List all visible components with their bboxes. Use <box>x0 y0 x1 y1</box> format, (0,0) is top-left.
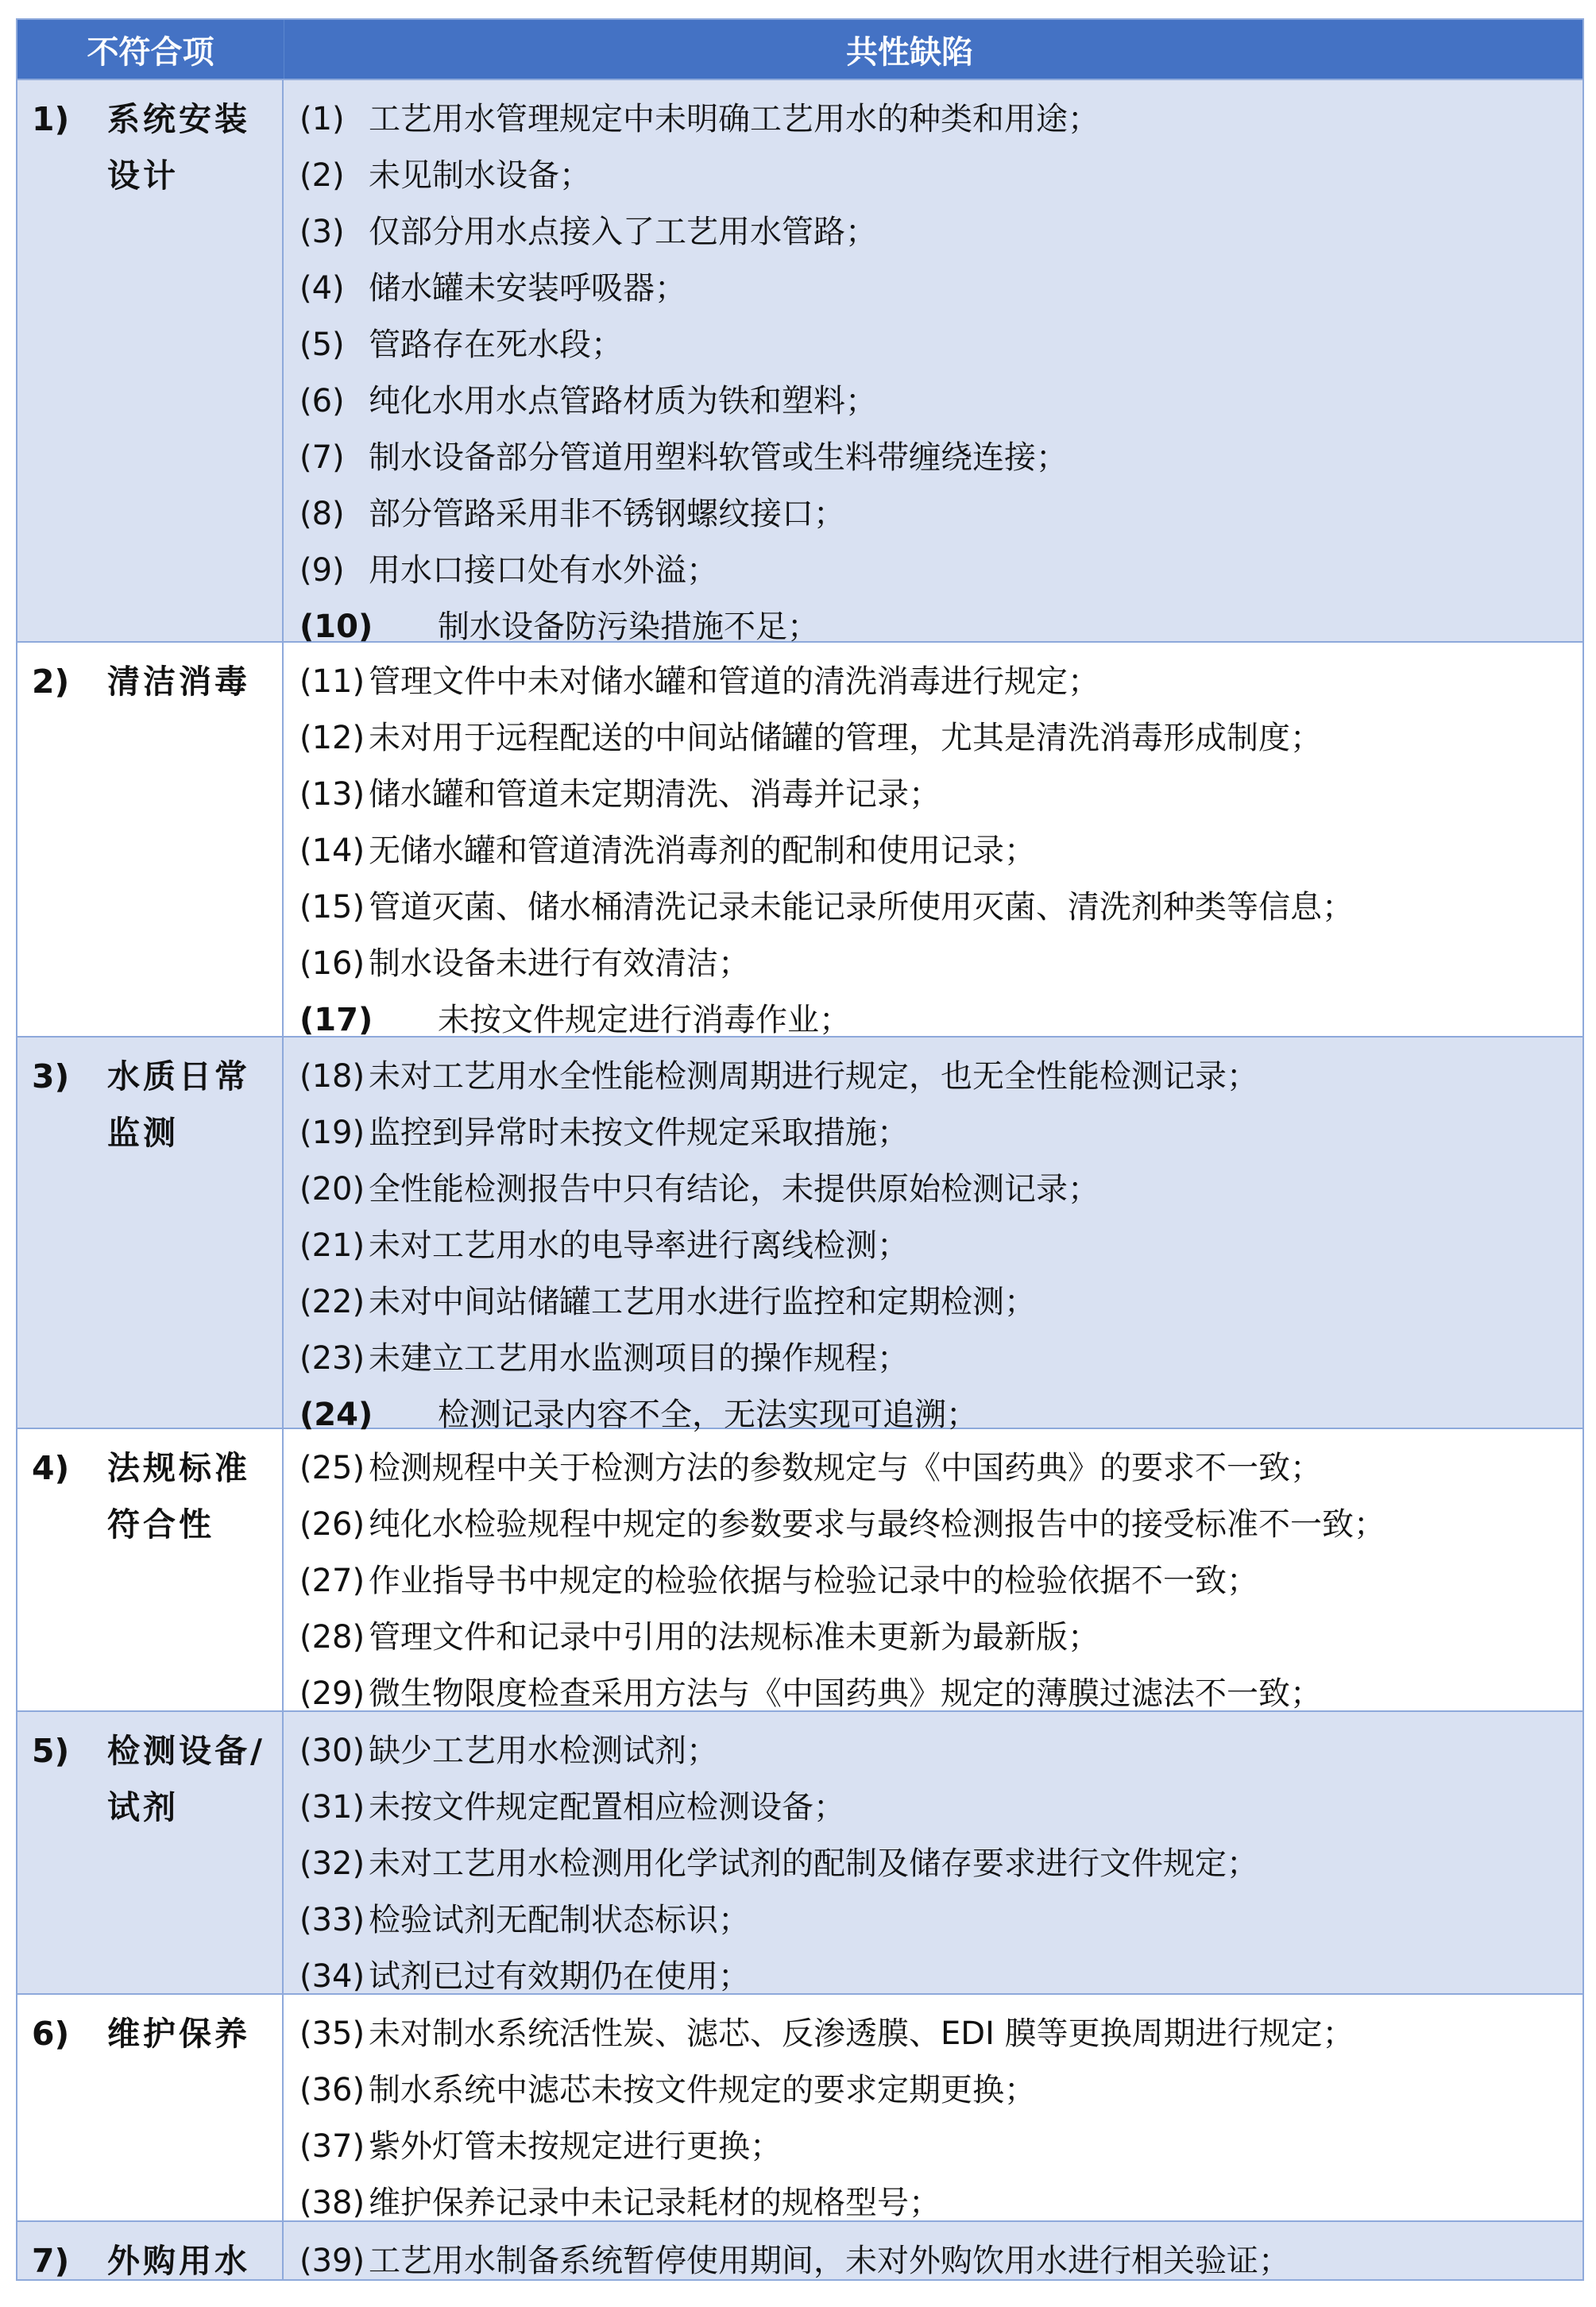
table-row: 6)维护保养(35)未对制水系统活性炭、滤芯、反渗透膜、EDI 膜等更换周期进行… <box>17 1995 1582 2222</box>
defect-text: 制水设备部分管道用塑料软管或生料带缠绕连接； <box>369 430 1068 486</box>
defect-index: (18) <box>299 1049 369 1105</box>
defect-text: 纯化水检验规程中规定的参数要求与最终检测报告中的接受标准不一致； <box>369 1497 1385 1553</box>
defect-index: (32) <box>299 1836 369 1892</box>
defect-item: (18)未对工艺用水全性能检测周期进行规定，也无全性能检测记录； <box>299 1049 1582 1105</box>
defect-text: 无储水罐和管道清洗消毒剂的配制和使用记录； <box>369 823 1036 879</box>
table-row: 4)法规标准符合性(25)检测规程中关于检测方法的参数规定与《中国药典》的要求不… <box>17 1429 1582 1712</box>
defects-cell: (39)工艺用水制备系统暂停使用期间，未对外购饮用水进行相关验证； <box>284 2222 1582 2279</box>
defect-index: (9) <box>299 543 369 599</box>
defect-text: 未对工艺用水全性能检测周期进行规定，也无全性能检测记录； <box>369 1049 1258 1105</box>
category-number: 3) <box>32 1049 107 1428</box>
defect-index: (5) <box>299 317 369 373</box>
category-cell: 2)清洁消毒 <box>17 643 284 1036</box>
category-cell: 4)法规标准符合性 <box>17 1429 284 1710</box>
defect-text: 纯化水用水点管路材质为铁和塑料； <box>369 373 877 430</box>
category-cell: 5)检测设备/试剂 <box>17 1712 284 1993</box>
defect-text: 全性能检测报告中只有结论，未提供原始检测记录； <box>369 1161 1099 1218</box>
table-row: 3)水质日常监测(18)未对工艺用水全性能检测周期进行规定，也无全性能检测记录；… <box>17 1038 1582 1429</box>
defect-item: (23)未建立工艺用水监测项目的操作规程； <box>299 1331 1582 1387</box>
defect-index: (8) <box>299 486 369 543</box>
defect-index: (36) <box>299 2062 369 2119</box>
defect-item: (14)无储水罐和管道清洗消毒剂的配制和使用记录； <box>299 823 1582 879</box>
table-header: 不符合项 共性缺陷 <box>17 20 1582 80</box>
defects-cell: (1)工艺用水管理规定中未明确工艺用水的种类和用途；(2)未见制水设备；(3)仅… <box>284 80 1582 641</box>
defect-text: 管路存在死水段； <box>369 317 623 373</box>
defect-index: (25) <box>299 1440 369 1497</box>
defects-cell: (25)检测规程中关于检测方法的参数规定与《中国药典》的要求不一致；(26)纯化… <box>284 1429 1582 1710</box>
defect-index: (4) <box>299 261 369 317</box>
category-number: 1) <box>32 91 107 641</box>
category-number: 4) <box>32 1440 107 1710</box>
defect-text: 检验试剂无配制状态标识； <box>369 1892 750 1949</box>
category-name: 外购用水 <box>107 2233 274 2279</box>
defect-text: 工艺用水管理规定中未明确工艺用水的种类和用途； <box>369 91 1099 148</box>
defect-item: (8)部分管路采用非不锈钢螺纹接口； <box>299 486 1582 543</box>
table-row: 7)外购用水(39)工艺用水制备系统暂停使用期间，未对外购饮用水进行相关验证； <box>17 2222 1582 2279</box>
category-number: 6) <box>32 2006 107 2220</box>
category-number: 5) <box>32 1723 107 1993</box>
defect-text: 未对制水系统活性炭、滤芯、反渗透膜、EDI 膜等更换周期进行规定； <box>369 2006 1354 2062</box>
defect-text: 部分管路采用非不锈钢螺纹接口； <box>369 486 845 543</box>
defect-index: (16) <box>299 936 369 992</box>
category-number: 7) <box>32 2233 107 2279</box>
defect-index: (20) <box>299 1161 369 1218</box>
defect-item: (3)仅部分用水点接入了工艺用水管路； <box>299 204 1582 261</box>
defect-text: 未对工艺用水检测用化学试剂的配制及储存要求进行文件规定； <box>369 1836 1258 1892</box>
defect-index: (7) <box>299 430 369 486</box>
defect-item: (19)监控到异常时未按文件规定采取措施； <box>299 1105 1582 1161</box>
defect-item: (5)管路存在死水段； <box>299 317 1582 373</box>
defect-item: (32)未对工艺用水检测用化学试剂的配制及储存要求进行文件规定； <box>299 1836 1582 1892</box>
defect-item: (31)未按文件规定配置相应检测设备； <box>299 1780 1582 1836</box>
defect-text: 缺少工艺用水检测试剂； <box>369 1723 718 1780</box>
defect-index: (6) <box>299 373 369 430</box>
defect-item: (25)检测规程中关于检测方法的参数规定与《中国药典》的要求不一致； <box>299 1440 1582 1497</box>
defect-index: (2) <box>299 148 369 204</box>
defect-text: 未建立工艺用水监测项目的操作规程； <box>369 1331 909 1387</box>
defect-item: (21)未对工艺用水的电导率进行离线检测； <box>299 1218 1582 1274</box>
defects-cell: (18)未对工艺用水全性能检测周期进行规定，也无全性能检测记录；(19)监控到异… <box>284 1038 1582 1428</box>
defect-index: (35) <box>299 2006 369 2062</box>
category-cell: 6)维护保养 <box>17 1995 284 2220</box>
defect-text: 用水口接口处有水外溢； <box>369 543 718 599</box>
defect-text: 管理文件和记录中引用的法规标准未更新为最新版； <box>369 1609 1099 1666</box>
defect-index: (23) <box>299 1331 369 1387</box>
defect-text: 制水设备未进行有效清洁； <box>369 936 750 992</box>
defect-index: (15) <box>299 879 369 936</box>
defect-index: (12) <box>299 710 369 767</box>
defect-text: 储水罐未安装呼吸器； <box>369 261 686 317</box>
defect-item: (30)缺少工艺用水检测试剂； <box>299 1723 1582 1780</box>
defect-item: (33)检验试剂无配制状态标识； <box>299 1892 1582 1949</box>
defect-text: 作业指导书中规定的检验依据与检验记录中的检验依据不一致； <box>369 1553 1258 1609</box>
defect-text: 未对用于远程配送的中间站储罐的管理，尤其是清洗消毒形成制度； <box>369 710 1322 767</box>
defect-item: (35)未对制水系统活性炭、滤芯、反渗透膜、EDI 膜等更换周期进行规定； <box>299 2006 1582 2062</box>
defect-text: 管道灭菌、储水桶清洗记录未能记录所使用灭菌、清洗剂种类等信息； <box>369 879 1354 936</box>
defect-item: (4)储水罐未安装呼吸器； <box>299 261 1582 317</box>
defect-index: (28) <box>299 1609 369 1666</box>
table-body: 1)系统安装设计(1)工艺用水管理规定中未明确工艺用水的种类和用途；(2)未见制… <box>17 80 1582 2279</box>
defect-text: 制水系统中滤芯未按文件规定的要求定期更换； <box>369 2062 1036 2119</box>
defect-text: 储水罐和管道未定期清洗、消毒并记录； <box>369 767 941 823</box>
category-name: 法规标准符合性 <box>107 1440 274 1710</box>
defect-text: 仅部分用水点接入了工艺用水管路； <box>369 204 877 261</box>
defect-item: (11)管理文件中未对储水罐和管道的清洗消毒进行规定； <box>299 654 1582 710</box>
defect-text: 未见制水设备； <box>369 148 591 204</box>
defect-index: (3) <box>299 204 369 261</box>
defect-item: (16)制水设备未进行有效清洁； <box>299 936 1582 992</box>
category-name: 水质日常监测 <box>107 1049 274 1428</box>
deficiency-table: 不符合项 共性缺陷 1)系统安装设计(1)工艺用水管理规定中未明确工艺用水的种类… <box>16 18 1584 2281</box>
category-name: 清洁消毒 <box>107 654 274 1036</box>
defect-item: (6)纯化水用水点管路材质为铁和塑料； <box>299 373 1582 430</box>
defect-index: (37) <box>299 2119 369 2175</box>
defect-item: (12)未对用于远程配送的中间站储罐的管理，尤其是清洗消毒形成制度； <box>299 710 1582 767</box>
defect-text: 工艺用水制备系统暂停使用期间，未对外购饮用水进行相关验证； <box>369 2233 1290 2290</box>
table-row: 5)检测设备/试剂(30)缺少工艺用水检测试剂；(31)未按文件规定配置相应检测… <box>17 1712 1582 1995</box>
defect-index: (1) <box>299 91 369 148</box>
category-cell: 1)系统安装设计 <box>17 80 284 641</box>
defect-text: 紫外灯管未按规定进行更换； <box>369 2119 782 2175</box>
defect-item: (20)全性能检测报告中只有结论，未提供原始检测记录； <box>299 1161 1582 1218</box>
defect-index: (14) <box>299 823 369 879</box>
defect-item: (36)制水系统中滤芯未按文件规定的要求定期更换； <box>299 2062 1582 2119</box>
defect-index: (27) <box>299 1553 369 1609</box>
defect-text: 未对工艺用水的电导率进行离线检测； <box>369 1218 909 1274</box>
defect-item: (1)工艺用水管理规定中未明确工艺用水的种类和用途； <box>299 91 1582 148</box>
defect-index: (26) <box>299 1497 369 1553</box>
defect-item: (39)工艺用水制备系统暂停使用期间，未对外购饮用水进行相关验证； <box>299 2233 1582 2290</box>
defect-index: (39) <box>299 2233 369 2290</box>
defect-text: 监控到异常时未按文件规定采取措施； <box>369 1105 909 1161</box>
defect-item: (27)作业指导书中规定的检验依据与检验记录中的检验依据不一致； <box>299 1553 1582 1609</box>
category-name: 检测设备/试剂 <box>107 1723 274 1993</box>
category-cell: 3)水质日常监测 <box>17 1038 284 1428</box>
defect-item: (9)用水口接口处有水外溢； <box>299 543 1582 599</box>
header-nonconformity: 不符合项 <box>17 20 284 79</box>
category-name: 维护保养 <box>107 2006 274 2220</box>
defects-cell: (35)未对制水系统活性炭、滤芯、反渗透膜、EDI 膜等更换周期进行规定；(36… <box>284 1995 1582 2220</box>
category-number: 2) <box>32 654 107 1036</box>
defect-item: (37)紫外灯管未按规定进行更换； <box>299 2119 1582 2175</box>
defect-item: (22)未对中间站储罐工艺用水进行监控和定期检测； <box>299 1274 1582 1331</box>
header-common-defects: 共性缺陷 <box>284 20 1582 79</box>
defect-index: (33) <box>299 1892 369 1949</box>
defect-index: (22) <box>299 1274 369 1331</box>
defect-text: 检测规程中关于检测方法的参数规定与《中国药典》的要求不一致； <box>369 1440 1322 1497</box>
defect-item: (15)管道灭菌、储水桶清洗记录未能记录所使用灭菌、清洗剂种类等信息； <box>299 879 1582 936</box>
defect-text: 未按文件规定配置相应检测设备； <box>369 1780 845 1836</box>
defect-item: (26)纯化水检验规程中规定的参数要求与最终检测报告中的接受标准不一致； <box>299 1497 1582 1553</box>
defect-item: (7)制水设备部分管道用塑料软管或生料带缠绕连接； <box>299 430 1582 486</box>
defect-index: (21) <box>299 1218 369 1274</box>
defect-index: (13) <box>299 767 369 823</box>
defect-item: (28)管理文件和记录中引用的法规标准未更新为最新版； <box>299 1609 1582 1666</box>
table-row: 1)系统安装设计(1)工艺用水管理规定中未明确工艺用水的种类和用途；(2)未见制… <box>17 80 1582 643</box>
category-name: 系统安装设计 <box>107 91 274 641</box>
defect-text: 未对中间站储罐工艺用水进行监控和定期检测； <box>369 1274 1036 1331</box>
defects-cell: (11)管理文件中未对储水罐和管道的清洗消毒进行规定；(12)未对用于远程配送的… <box>284 643 1582 1036</box>
table-row: 2)清洁消毒(11)管理文件中未对储水罐和管道的清洗消毒进行规定；(12)未对用… <box>17 643 1582 1038</box>
defect-index: (30) <box>299 1723 369 1780</box>
defect-item: (2)未见制水设备； <box>299 148 1582 204</box>
defects-cell: (30)缺少工艺用水检测试剂；(31)未按文件规定配置相应检测设备；(32)未对… <box>284 1712 1582 1993</box>
defect-text: 管理文件中未对储水罐和管道的清洗消毒进行规定； <box>369 654 1099 710</box>
defect-item: (13)储水罐和管道未定期清洗、消毒并记录； <box>299 767 1582 823</box>
defect-index: (19) <box>299 1105 369 1161</box>
category-cell: 7)外购用水 <box>17 2222 284 2279</box>
defect-index: (11) <box>299 654 369 710</box>
defect-index: (31) <box>299 1780 369 1836</box>
